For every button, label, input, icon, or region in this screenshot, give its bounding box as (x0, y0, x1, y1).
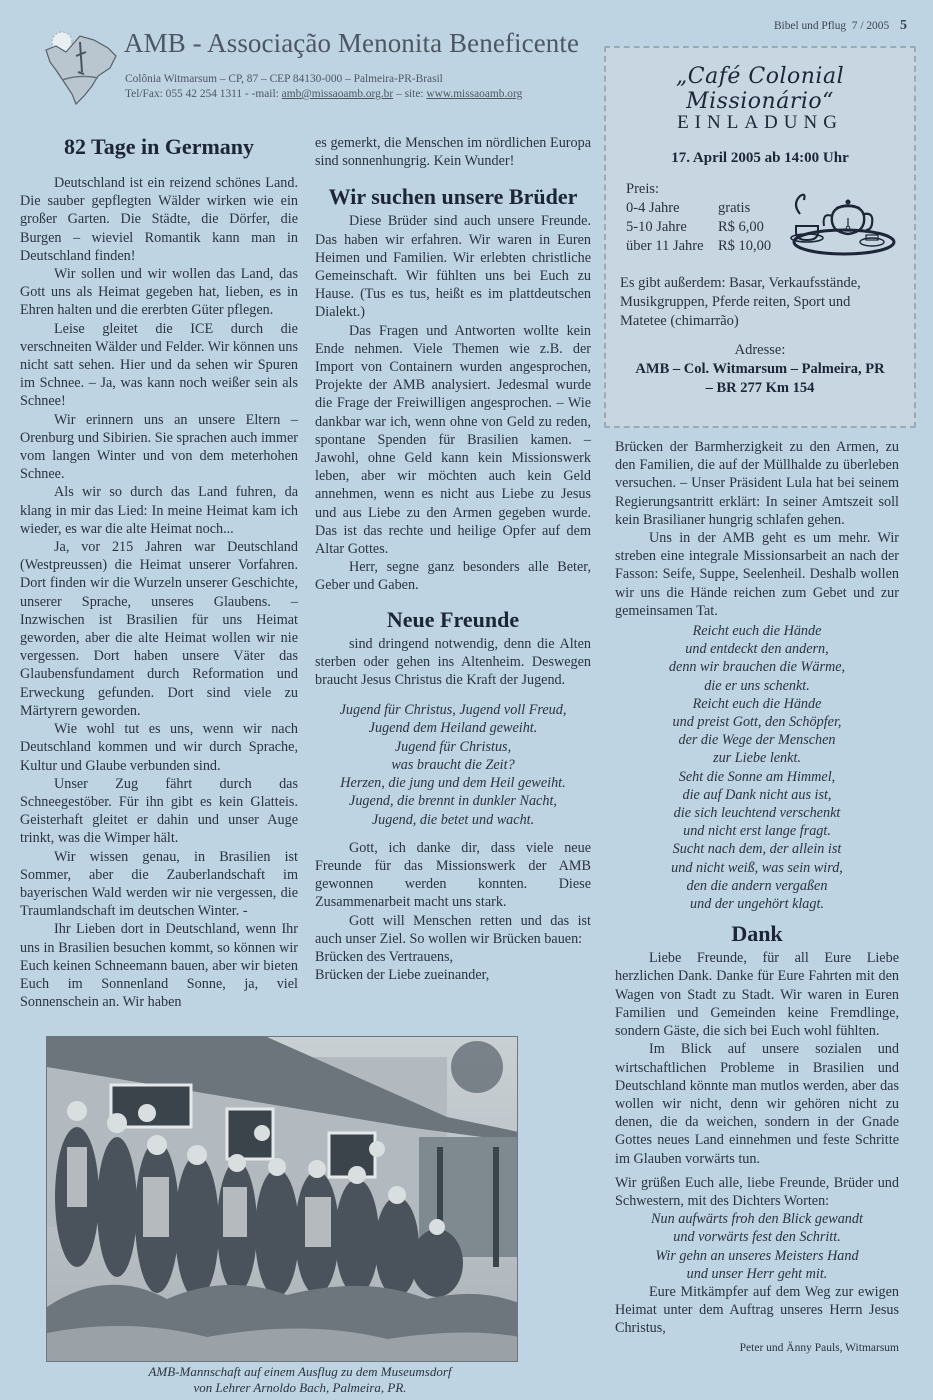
email-link[interactable]: amb@missaoamb.org.br (282, 88, 394, 100)
paragraph: Wie wohl tut es uns, wenn wir nach Deuts… (20, 720, 298, 775)
paragraph-continuation: es gemerkt, die Menschen im nördlichen E… (315, 134, 591, 170)
price-label: Preis: (626, 180, 771, 199)
article-title-dank: Dank (615, 921, 899, 947)
invitation-extras: Es gibt außerdem: Basar, Verkaufsstände,… (620, 274, 900, 331)
poem-line: die sich leuchtend verschenkt (615, 804, 899, 822)
poem-line: und entdeckt den andern, (615, 640, 899, 658)
price-value: R$ 6,00 (718, 218, 764, 237)
poem-line: und preist Gott, den Schöpfer, (615, 713, 899, 731)
publication-name: Bibel und Pflug (774, 20, 846, 32)
price-age: 0-4 Jahre (626, 199, 718, 218)
caption-line: AMB-Mannschaft auf einem Ausflug zu dem … (40, 1364, 560, 1380)
paragraph: Das Fragen und Antworten wollte kein End… (315, 322, 591, 559)
paragraph: Gott will Menschen retten und das ist au… (315, 912, 591, 948)
bridge-line: Brücken des Vertrauens, (315, 948, 591, 966)
signature: Peter und Änny Pauls, Witmarsum (615, 1340, 899, 1356)
poem-line: Wir gehn an unseres Meisters Hand (615, 1247, 899, 1265)
address-line: – BR 277 Km 154 (606, 379, 914, 398)
poem-line: Reicht euch die Hände (615, 622, 899, 640)
poem-line: Jugend für Christus, Jugend voll Freud, (315, 701, 591, 719)
group-photo-image (47, 1037, 518, 1362)
paragraph: Wir erinnern uns an unsere Eltern – Oren… (20, 411, 298, 484)
poem-line: Jugend für Christus, (315, 738, 591, 756)
poem-jugend: Jugend für Christus, Jugend voll Freud, … (315, 701, 591, 828)
poem-line: der die Wege der Menschen (615, 731, 899, 749)
paragraph: Unser Zug fährt durch das Schneegestöber… (20, 775, 298, 848)
price-age: über 11 Jahre (626, 237, 718, 256)
paragraph: Als wir so durch das Land fuhren, da kla… (20, 483, 298, 538)
poem-line: Nun aufwärts froh den Blick gewandt (615, 1210, 899, 1228)
poem-line: Sucht nach dem, der allein ist (615, 840, 899, 858)
group-photo (46, 1036, 518, 1362)
paragraph: Ja, vor 215 Jahren war Deutschland (West… (20, 538, 298, 720)
poem-line: zur Liebe lenkt. (615, 749, 899, 767)
photo-caption: AMB-Mannschaft auf einem Ausflug zu dem … (40, 1364, 560, 1396)
poem-line: und der ungehört klagt. (615, 895, 899, 913)
poem-line: Seht die Sonne am Himmel, (615, 768, 899, 786)
poem-line: Jugend, die betet und wacht. (315, 811, 591, 829)
poem-line: und vorwärts fest den Schritt. (615, 1228, 899, 1246)
address-line: AMB – Col. Witmarsum – Palmeira, PR (606, 360, 914, 379)
article-title-brueder: Wir suchen unsere Brüder (315, 184, 591, 210)
column-2: es gemerkt, die Menschen im nördlichen E… (315, 134, 591, 984)
price-value: R$ 10,00 (718, 237, 771, 256)
magazine-page: AMB - Associação Menonita Beneficente Co… (0, 0, 933, 1400)
poem-line: denn wir brauchen die Wärme, (615, 658, 899, 676)
paragraph: Liebe Freunde, für all Eure Liebe herzli… (615, 949, 899, 1040)
paragraph: Im Blick auf unsere sozialen und wirtsch… (615, 1040, 899, 1167)
price-value: gratis (718, 199, 750, 218)
column-1: 82 Tage in Germany Deutschland ist ein r… (20, 130, 298, 1011)
paragraph: sind dringend notwendig, denn die Alten … (315, 635, 591, 690)
paragraph: Ihr Lieben dort in Deutschland, wenn Ihr… (20, 920, 298, 1011)
address-label: Adresse: (606, 342, 914, 359)
price-row: 5-10 Jahre R$ 6,00 (626, 218, 771, 237)
poem-line: den die andern vergaßen (615, 877, 899, 895)
invitation-heading: EINLADUNG (606, 112, 914, 134)
site-label: – site: (393, 88, 426, 100)
poem-line: Reicht euch die Hände (615, 695, 899, 713)
poem-line: und nicht erst lange fragt. (615, 822, 899, 840)
poem-haende: Reicht euch die Hände und entdeckt den a… (615, 622, 899, 913)
poem-line: Jugend dem Heiland geweiht. (315, 719, 591, 737)
invitation-title: „Café Colonial Missionário“ (606, 64, 914, 114)
poem-line: die auf Dank nicht aus ist, (615, 786, 899, 804)
paragraph: Brücken der Barmherzigkeit zu den Armen,… (615, 438, 899, 529)
poem-line: was braucht die Zeit? (315, 756, 591, 774)
paragraph-greeting: Wir grüßen Euch alle, liebe Freunde, Brü… (615, 1174, 899, 1210)
teapot-tray-icon (786, 186, 896, 258)
poem-line: die er uns schenkt. (615, 677, 899, 695)
address-line: Colônia Witmarsum – CP, 87 – CEP 84130-0… (125, 72, 522, 87)
paragraph: Wir wissen genau, in Brasilien ist Somme… (20, 848, 298, 921)
website-link[interactable]: www.missaoamb.org (426, 88, 522, 100)
paragraph-closing: Eure Mitkämpfer auf dem Weg zur ewigen H… (615, 1283, 899, 1338)
page-number: 5 (900, 18, 907, 33)
poem-line: und nicht weiß, was sein wird, (615, 859, 899, 877)
price-list: Preis: 0-4 Jahre gratis 5-10 Jahre R$ 6,… (626, 180, 771, 256)
paragraph: Herr, segne ganz besonders alle Beter, G… (315, 558, 591, 594)
organization-address: Colônia Witmarsum – CP, 87 – CEP 84130-0… (125, 72, 522, 102)
invitation-date: 17. April 2005 ab 14:00 Uhr (606, 150, 914, 167)
article-title-neue-freunde: Neue Freunde (315, 607, 591, 633)
poem-line: Herzen, die jung und dem Heil geweiht. (315, 774, 591, 792)
article-title-82-tage: 82 Tage in Germany (20, 134, 298, 160)
brazil-map-logo-icon (36, 22, 124, 106)
running-head: Bibel und Pflug 7 / 2005 5 (774, 18, 907, 34)
paragraph: Gott, ich danke dir, dass viele neue Fre… (315, 839, 591, 912)
invitation-address: AMB – Col. Witmarsum – Palmeira, PR – BR… (606, 360, 914, 398)
price-row: 0-4 Jahre gratis (626, 199, 771, 218)
poem-line: und unser Herr geht mit. (615, 1265, 899, 1283)
poem-aufwaerts: Nun aufwärts froh den Blick gewandt und … (615, 1210, 899, 1283)
contact-phone: Tel/Fax: 055 42 254 1311 - -mail: (125, 88, 282, 100)
caption-line: von Lehrer Arnoldo Bach, Palmeira, PR. (40, 1380, 560, 1396)
paragraph: Leise gleitet die ICE durch die verschne… (20, 320, 298, 411)
paragraph: Diese Brüder sind auch unsere Freunde. D… (315, 212, 591, 321)
paragraph: Deutschland ist ein reizend schönes Land… (20, 174, 298, 265)
paragraph: Uns in der AMB geht es um mehr. Wir stre… (615, 529, 899, 620)
bridge-line: Brücken der Liebe zueinander, (315, 966, 591, 984)
contact-line: Tel/Fax: 055 42 254 1311 - -mail: amb@mi… (125, 87, 522, 102)
organization-title: AMB - Associação Menonita Beneficente (124, 28, 579, 59)
invitation-box: „Café Colonial Missionário“ EINLADUNG 17… (604, 46, 916, 428)
poem-line: Jugend, die brennt in dunkler Nacht, (315, 792, 591, 810)
issue-number: 7 / 2005 (852, 20, 889, 32)
column-3: Brücken der Barmherzigkeit zu den Armen,… (615, 438, 899, 1356)
paragraph: Wir sollen und wir wollen das Land, das … (20, 265, 298, 320)
price-age: 5-10 Jahre (626, 218, 718, 237)
price-row: über 11 Jahre R$ 10,00 (626, 237, 771, 256)
